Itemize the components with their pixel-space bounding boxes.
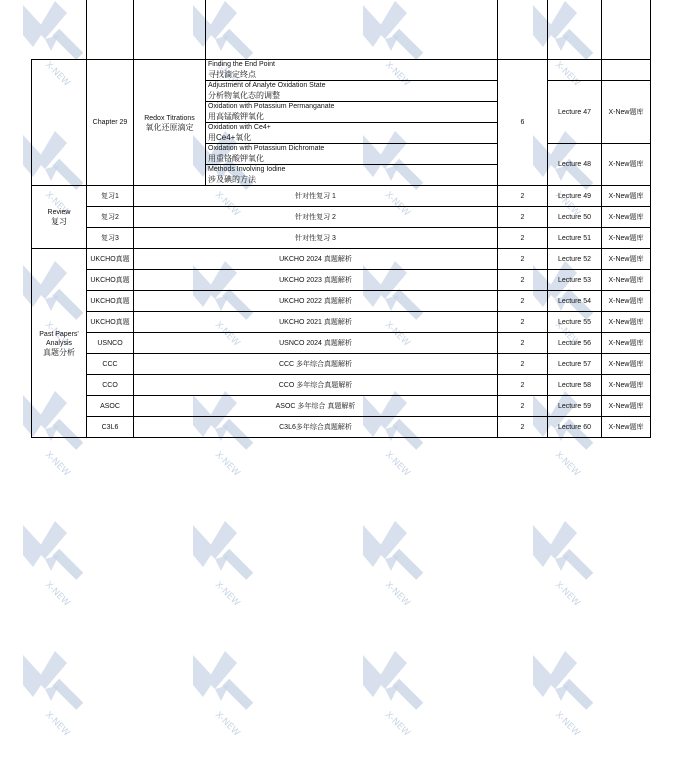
subtopic-row: Chapter 29Redox Titrations氧化还原滴定Finding … — [32, 60, 651, 81]
past_papers-row: UKCHO真题UKCHO 2023 真题解析2Lecture 53X-New题库 — [32, 270, 651, 291]
subtopic-zh: 用重铬酸钾氧化 — [208, 154, 497, 164]
category-zh: 复习 — [32, 217, 86, 226]
bank-cell: X-New题库 — [602, 396, 651, 417]
category-en: Past Papers' Analysis — [39, 331, 78, 347]
bank-cell: X-New题库 — [602, 207, 651, 228]
hours-cell: 2 — [498, 354, 548, 375]
subtopic-zh: 涉及碘的方法 — [208, 175, 497, 185]
bank-cell: X-New题库 — [602, 81, 651, 144]
lecture-cell: Lecture 54 — [548, 291, 602, 312]
code-cell: UKCHO真题 — [87, 291, 134, 312]
lecture-cell: Lecture 53 — [548, 270, 602, 291]
bank-cell: X-New题库 — [602, 270, 651, 291]
past_papers-row: CCOCCO 多年综合真题解析2Lecture 58X-New题库 — [32, 375, 651, 396]
subtopic-zh: 寻找滴定终点 — [208, 70, 497, 80]
hours-cell: 2 — [498, 375, 548, 396]
hours-cell: 2 — [498, 207, 548, 228]
content-cell: 针对性复习 1 — [134, 186, 498, 207]
content-cell: UKCHO 2022 真题解析 — [134, 291, 498, 312]
subtopic-en: Oxidation with Potassium Permanganate — [208, 102, 497, 112]
bank-cell: X-New题库 — [602, 228, 651, 249]
code-cell: 复习1 — [87, 186, 134, 207]
code-cell: ASOC — [87, 396, 134, 417]
review-row: 复习2针对性复习 22Lecture 50X-New题库 — [32, 207, 651, 228]
code-cell: CCC — [87, 354, 134, 375]
lecture-cell: Lecture 50 — [548, 207, 602, 228]
bank-cell: X-New题库 — [602, 333, 651, 354]
topic-en: Redox Titrations — [144, 115, 195, 122]
subtopic-cell: Oxidation with Potassium Dichromate用重铬酸钾… — [206, 144, 498, 165]
code-cell: UKCHO真题 — [87, 249, 134, 270]
code-cell: CCO — [87, 375, 134, 396]
hours-cell: 6 — [498, 60, 548, 186]
lecture-cell: Lecture 52 — [548, 249, 602, 270]
subtopic-zh: 分析物氧化态的调整 — [208, 91, 497, 101]
subtopic-en: Finding the End Point — [208, 60, 497, 70]
past_papers-row: Past Papers' Analysis真题分析UKCHO真题UKCHO 20… — [32, 249, 651, 270]
bank-cell: X-New题库 — [602, 144, 651, 186]
hours-cell: 2 — [498, 186, 548, 207]
bank-cell: X-New题库 — [602, 417, 651, 438]
lecture-cell: Lecture 48 — [548, 144, 602, 186]
content-cell: 针对性复习 2 — [134, 207, 498, 228]
hours-cell: 2 — [498, 291, 548, 312]
lecture-cell: Lecture 49 — [548, 186, 602, 207]
category-zh: 真题分析 — [32, 348, 86, 357]
lecture-cell: Lecture 60 — [548, 417, 602, 438]
schedule-table: Chapter 29Redox Titrations氧化还原滴定Finding … — [31, 59, 651, 438]
subtopic-cell: Adjustment of Analyte Oxidation State分析物… — [206, 81, 498, 102]
bank-cell-clipped — [602, 60, 651, 81]
code-cell: 复习3 — [87, 228, 134, 249]
subtopic-zh: 用高锰酸钾氧化 — [208, 112, 497, 122]
topic-cell: Redox Titrations氧化还原滴定 — [134, 60, 206, 186]
code-cell: UKCHO真题 — [87, 270, 134, 291]
code-cell: 复习2 — [87, 207, 134, 228]
hours-cell: 2 — [498, 312, 548, 333]
review-category-cell: Review复习 — [32, 186, 87, 249]
category-en: Review — [48, 209, 71, 216]
bank-cell: X-New题库 — [602, 291, 651, 312]
category-cell-empty — [32, 60, 87, 186]
content-cell: UKCHO 2021 真题解析 — [134, 312, 498, 333]
lecture-cell-clipped — [548, 60, 602, 81]
content-cell: UKCHO 2023 真题解析 — [134, 270, 498, 291]
code-cell: USNCO — [87, 333, 134, 354]
course-schedule-page: Chapter 29Redox Titrations氧化还原滴定Finding … — [0, 0, 676, 774]
subtopic-en: Methods Involving Iodine — [208, 165, 497, 175]
bank-cell: X-New题库 — [602, 354, 651, 375]
lecture-cell: Lecture 51 — [548, 228, 602, 249]
subtopic-en: Oxidation with Potassium Dichromate — [208, 144, 497, 154]
content-cell: USNCO 2024 真题解析 — [134, 333, 498, 354]
lecture-cell: Lecture 47 — [548, 81, 602, 144]
past_papers-row: UKCHO真题UKCHO 2021 真题解析2Lecture 55X-New题库 — [32, 312, 651, 333]
lecture-cell: Lecture 56 — [548, 333, 602, 354]
content-cell: CCO 多年综合真题解析 — [134, 375, 498, 396]
lecture-cell: Lecture 58 — [548, 375, 602, 396]
hours-cell: 2 — [498, 228, 548, 249]
subtopic-cell: Methods Involving Iodine涉及碘的方法 — [206, 165, 498, 186]
chapter-cell: Chapter 29 — [87, 60, 134, 186]
code-cell: C3L6 — [87, 417, 134, 438]
lecture-cell: Lecture 55 — [548, 312, 602, 333]
subtopic-zh: 用Ce4+氧化 — [208, 133, 497, 143]
clipped-top-region — [31, 0, 651, 59]
past_papers-row: C3L6C3L6多年综合真题解析2Lecture 60X-New题库 — [32, 417, 651, 438]
bank-cell: X-New题库 — [602, 249, 651, 270]
hours-cell: 2 — [498, 249, 548, 270]
topic-zh: 氧化还原滴定 — [134, 123, 205, 132]
subtopic-cell: Oxidation with Ce4+用Ce4+氧化 — [206, 123, 498, 144]
hours-cell: 2 — [498, 417, 548, 438]
content-cell: 针对性复习 3 — [134, 228, 498, 249]
content-cell: UKCHO 2024 真题解析 — [134, 249, 498, 270]
bank-cell: X-New题库 — [602, 312, 651, 333]
review-row: Review复习复习1针对性复习 12Lecture 49X-New题库 — [32, 186, 651, 207]
subtopic-en: Adjustment of Analyte Oxidation State — [208, 81, 497, 91]
content-cell: C3L6多年综合真题解析 — [134, 417, 498, 438]
past_papers-row: USNCOUSNCO 2024 真题解析2Lecture 56X-New题库 — [32, 333, 651, 354]
content-cell: CCC 多年综合真题解析 — [134, 354, 498, 375]
bank-cell: X-New题库 — [602, 186, 651, 207]
hours-cell: 2 — [498, 270, 548, 291]
subtopic-cell: Finding the End Point寻找滴定终点 — [206, 60, 498, 81]
bank-cell: X-New题库 — [602, 375, 651, 396]
hours-cell: 2 — [498, 333, 548, 354]
subtopic-en: Oxidation with Ce4+ — [208, 123, 497, 133]
lecture-cell: Lecture 59 — [548, 396, 602, 417]
past_papers-category-cell: Past Papers' Analysis真题分析 — [32, 249, 87, 438]
code-cell: UKCHO真题 — [87, 312, 134, 333]
subtopic-cell: Oxidation with Potassium Permanganate用高锰… — [206, 102, 498, 123]
past_papers-row: CCCCCC 多年综合真题解析2Lecture 57X-New题库 — [32, 354, 651, 375]
hours-cell: 2 — [498, 396, 548, 417]
content-cell: ASOC 多年综合 真题解析 — [134, 396, 498, 417]
past_papers-row: ASOCASOC 多年综合 真题解析2Lecture 59X-New题库 — [32, 396, 651, 417]
past_papers-row: UKCHO真题UKCHO 2022 真题解析2Lecture 54X-New题库 — [32, 291, 651, 312]
lecture-cell: Lecture 57 — [548, 354, 602, 375]
review-row: 复习3针对性复习 32Lecture 51X-New题库 — [32, 228, 651, 249]
